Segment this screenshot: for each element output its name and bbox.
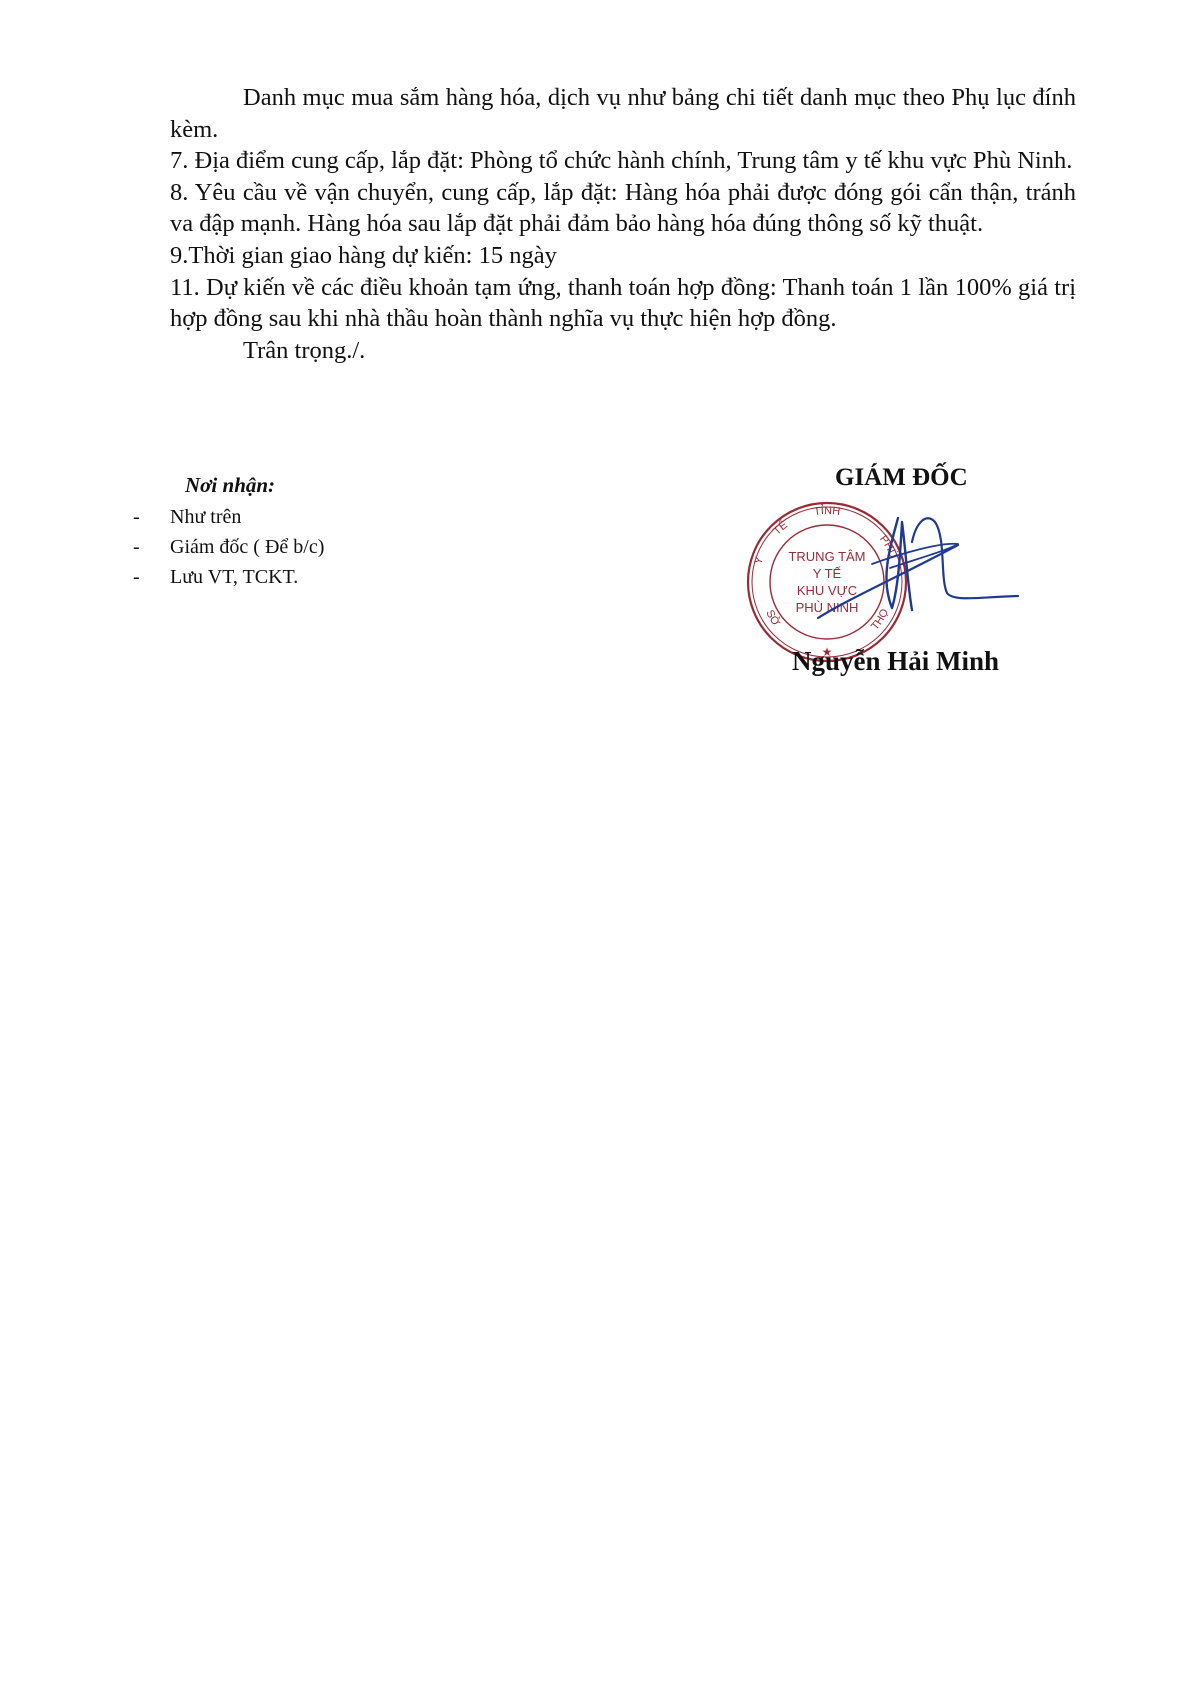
paragraph-item-11: 11. Dự kiến về các điều khoản tạm ứng, t… <box>170 272 1076 335</box>
stamp-line-2: Y TẾ <box>813 566 842 581</box>
recipients-list: - Như trên - Giám đốc ( Để b/c) - Lưu VT… <box>130 502 550 592</box>
bullet-dash: - <box>133 562 140 592</box>
stamp-ring-text-te: TẾ <box>771 518 790 537</box>
recipient-item: - Lưu VT, TCKT. <box>130 562 550 592</box>
closing-line: Trân trọng./. <box>170 335 1076 367</box>
paragraph-item-8: 8. Yêu cầu về vận chuyển, cung cấp, lắp … <box>170 177 1076 240</box>
document-page: Danh mục mua sắm hàng hóa, dịch vụ như b… <box>0 0 1189 1681</box>
signature-block: GIÁM ĐỐC Y TẾ TỈNH <box>740 462 1100 692</box>
stamp-ring-text-tho: THỌ <box>869 607 891 633</box>
official-stamp-icon: Y TẾ TỈNH PHÚ SỞ THỌ TRUNG TÂM Y TẾ <box>748 503 906 661</box>
recipients-title: Nơi nhận: <box>185 472 550 498</box>
stamp-line-3: KHU VỰC <box>797 583 857 598</box>
recipient-label: Giám đốc ( Để b/c) <box>170 536 324 558</box>
stamp-and-signature: Y TẾ TỈNH PHÚ SỞ THỌ TRUNG TÂM Y TẾ <box>740 498 1100 658</box>
paragraph-item-7: 7. Địa điểm cung cấp, lắp đặt: Phòng tổ … <box>170 145 1076 177</box>
recipient-item: - Giám đốc ( Để b/c) <box>130 532 550 562</box>
document-body: Danh mục mua sắm hàng hóa, dịch vụ như b… <box>170 82 1076 366</box>
stamp-line-1: TRUNG TÂM <box>788 549 865 564</box>
recipient-item: - Như trên <box>130 502 550 532</box>
paragraph-catalog: Danh mục mua sắm hàng hóa, dịch vụ như b… <box>170 82 1076 145</box>
paragraph-item-9: 9.Thời gian giao hàng dự kiến: 15 ngày <box>170 240 1076 272</box>
signer-title: GIÁM ĐỐC <box>835 462 968 494</box>
recipient-label: Lưu VT, TCKT. <box>170 566 298 588</box>
bullet-dash: - <box>133 532 140 562</box>
recipients-section: Nơi nhận: - Như trên - Giám đốc ( Để b/c… <box>130 472 550 592</box>
recipient-label: Như trên <box>170 506 241 528</box>
signer-name: Nguyễn Hải Minh <box>792 644 999 678</box>
stamp-ring-text-tinh: TỈNH <box>813 504 841 518</box>
bullet-dash: - <box>133 502 140 532</box>
